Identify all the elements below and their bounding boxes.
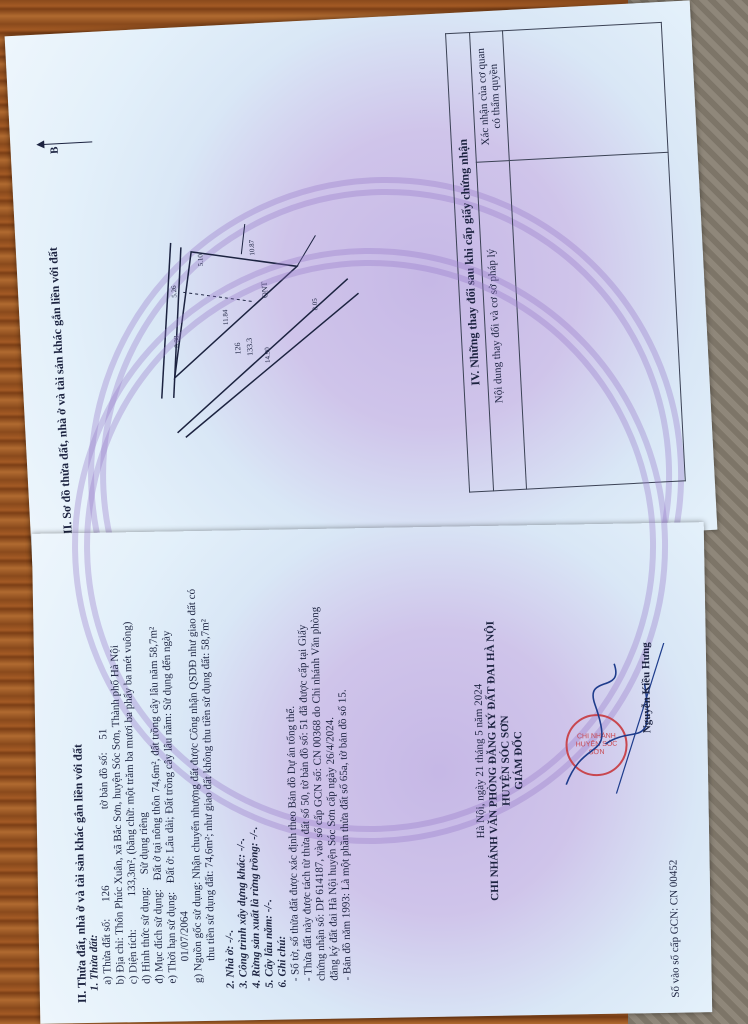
usage-form-value: Sử dụng riêng — [138, 812, 151, 884]
parcel-number-label: a) Thửa đất số: — [101, 919, 114, 985]
signature-block: Hà Nội, ngày 21 tháng 5 năm 2024 CHI NHÁ… — [471, 595, 529, 926]
usage-form-label: d) Hình thức sử dụng: — [139, 887, 153, 984]
dimension-2: 10.87 — [246, 240, 260, 256]
section3-title: III. Sơ đồ thửa đất, nhà ở và tài sản kh… — [46, 247, 76, 539]
dimension-5: 5.26 — [168, 285, 182, 298]
authority-confirmation-cell — [502, 22, 668, 160]
dimension-1: 5.10 — [194, 254, 208, 267]
signer-name: Nguyễn Kiều Hưng — [640, 642, 655, 733]
area-label: c) Diện tích: — [127, 929, 140, 984]
map-sheet-label: tờ bản đồ số: — [98, 752, 111, 809]
section2-content: II. Thửa đất, nhà ở và tài sản khác gắn … — [69, 586, 355, 1003]
map-sheet-value: 51 — [97, 729, 109, 750]
certificate-page-section-2: II. Thửa đất, nhà ở và tài sản khác gắn … — [32, 522, 712, 1024]
north-arrow-icon — [34, 132, 95, 155]
usage-term-label: e) Thời hạn sử dụng: — [165, 892, 179, 984]
usage-purpose-label: đ) Mục đích sử dụng: — [152, 889, 166, 984]
north-label: B — [48, 146, 61, 154]
signature-icon — [554, 643, 677, 795]
registry-number: Số vào sổ cấp GCN: CN 00452 — [668, 860, 683, 998]
